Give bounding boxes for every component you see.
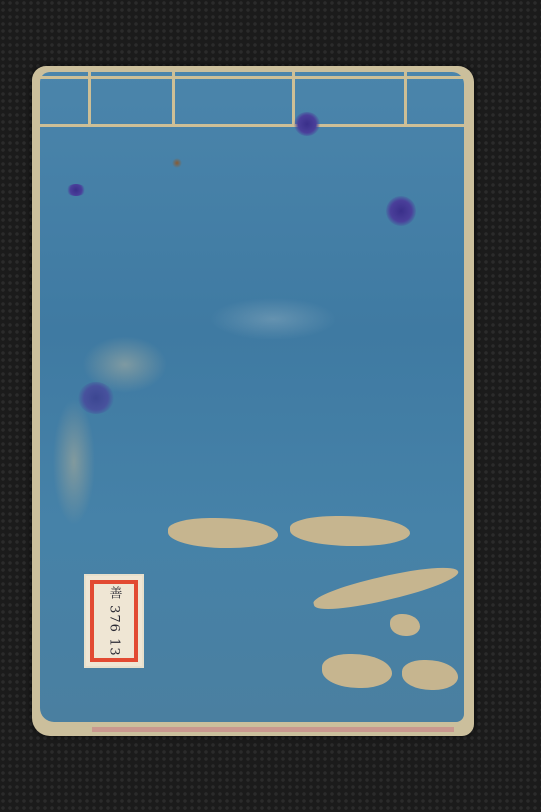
- book-cover: 善 376 13: [40, 72, 464, 722]
- worn-patch: [168, 518, 278, 548]
- rust-stain: [172, 158, 182, 168]
- ink-stain: [294, 112, 320, 136]
- label-red-border: 善 376 13: [90, 580, 138, 662]
- binding-thread-top: [40, 76, 464, 79]
- worn-patch: [311, 558, 460, 617]
- binding-stitch: [88, 72, 91, 124]
- binding-stitch: [404, 72, 407, 124]
- label-text: 善 376 13: [105, 586, 124, 657]
- ink-stain: [78, 382, 114, 414]
- binding-band: [40, 72, 464, 127]
- worn-patch: [402, 660, 458, 690]
- worn-patch: [290, 516, 410, 546]
- binding-stitch: [172, 72, 175, 124]
- catalog-label: 善 376 13: [84, 574, 144, 668]
- page-edge-red: [92, 727, 454, 732]
- worn-patch: [322, 654, 392, 688]
- ink-stain: [66, 184, 86, 196]
- ink-stain: [386, 196, 416, 226]
- binding-stitch: [292, 72, 295, 124]
- book: 善 376 13: [32, 66, 474, 736]
- worn-patch: [390, 614, 420, 636]
